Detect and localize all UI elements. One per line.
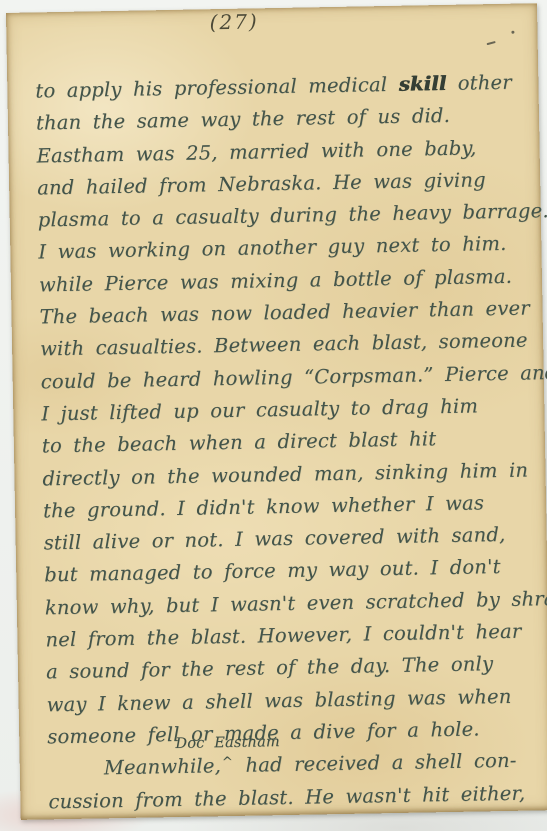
line-text: had received a shell con- bbox=[234, 749, 517, 777]
scanned-letter-screenshot: { "letter": { "page_number": "(27)", "ca… bbox=[0, 0, 547, 831]
line-text: to apply his professional medical bbox=[35, 73, 399, 103]
ink-speck bbox=[511, 31, 514, 34]
line-text: Meanwhile, bbox=[104, 754, 222, 779]
ink-speck bbox=[487, 41, 496, 45]
page-number: (27) bbox=[202, 9, 266, 34]
scan-background: (27) to apply his professional medical s… bbox=[0, 0, 547, 831]
inserted-text-above-line: Doc Eastham bbox=[175, 735, 280, 751]
insertion-caret: ^ bbox=[222, 747, 234, 779]
line-text: other bbox=[446, 71, 512, 95]
letter-body: to apply his professional medical skill … bbox=[35, 66, 547, 818]
letter-page: (27) to apply his professional medical s… bbox=[6, 3, 547, 820]
overwritten-word: skill bbox=[398, 72, 446, 96]
